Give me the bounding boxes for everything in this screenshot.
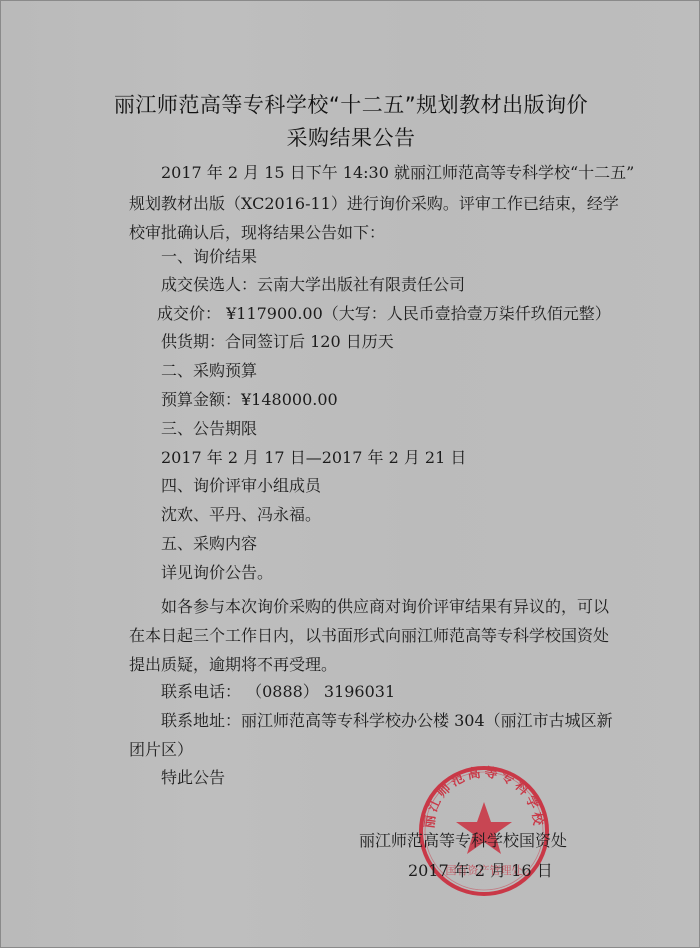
contact-address-line-2: 团片区） [129,740,193,760]
delivery-period: 供货期：合同签订后 120 日历天 [161,332,394,352]
deal-price: 成交价： ¥117900.00（大写：人民币壹拾壹万柒仟玖佰元整） [157,304,611,324]
signature-organization: 丽江师范高等专科学校国资处 [359,828,567,851]
procurement-content: 详见询价公告。 [161,563,273,583]
closing-text: 特此公告 [161,768,225,788]
objection-line-1: 如各参与本次询价采购的供应商对询价评审结果有异议的，可以 [161,597,609,617]
document-title-line2: 采购结果公告 [1,122,700,152]
document-title-line1: 丽江师范高等专科学校“十二五”规划教材出版询价 [1,89,700,119]
objection-line-2: 在本日起三个工作日内，以书面形式向丽江师范高等专科学校国资处 [129,626,609,646]
budget-amount: 预算金额：¥148000.00 [161,390,338,410]
section-4-heading: 四、询价评审小组成员 [161,476,321,496]
deal-candidate: 成交侯选人：云南大学出版社有限责任公司 [161,275,465,295]
section-3-heading: 三、公告期限 [161,419,257,439]
contact-phone: 联系电话： （0888） 3196031 [161,682,395,702]
section-2-heading: 二、采购预算 [161,361,257,381]
document-page: 丽江师范高等专科学校“十二五”规划教材出版询价 采购结果公告 2017 年 2 … [0,0,700,948]
intro-line-2: 规划教材出版（XC2016-11）进行询价采购。评审工作已结束，经学 [129,194,619,214]
intro-line-3: 校审批确认后，现将结果公告如下： [129,223,385,243]
intro-line-1: 2017 年 2 月 15 日下午 14:30 就丽江师范高等专科学校“十二五” [161,163,634,183]
signature-date: 2017 年 2 月 16 日 [408,858,553,881]
objection-line-3: 提出质疑，逾期将不再受理。 [129,655,337,675]
announcement-period: 2017 年 2 月 17 日—2017 年 2 月 21 日 [161,448,466,468]
section-1-heading: 一、询价结果 [161,247,257,267]
contact-address-line-1: 联系地址：丽江师范高等专科学校办公楼 304（丽江市古城区新 [161,711,613,731]
section-5-heading: 五、采购内容 [161,534,257,554]
panel-members: 沈欢、平丹、冯永福。 [161,505,321,525]
